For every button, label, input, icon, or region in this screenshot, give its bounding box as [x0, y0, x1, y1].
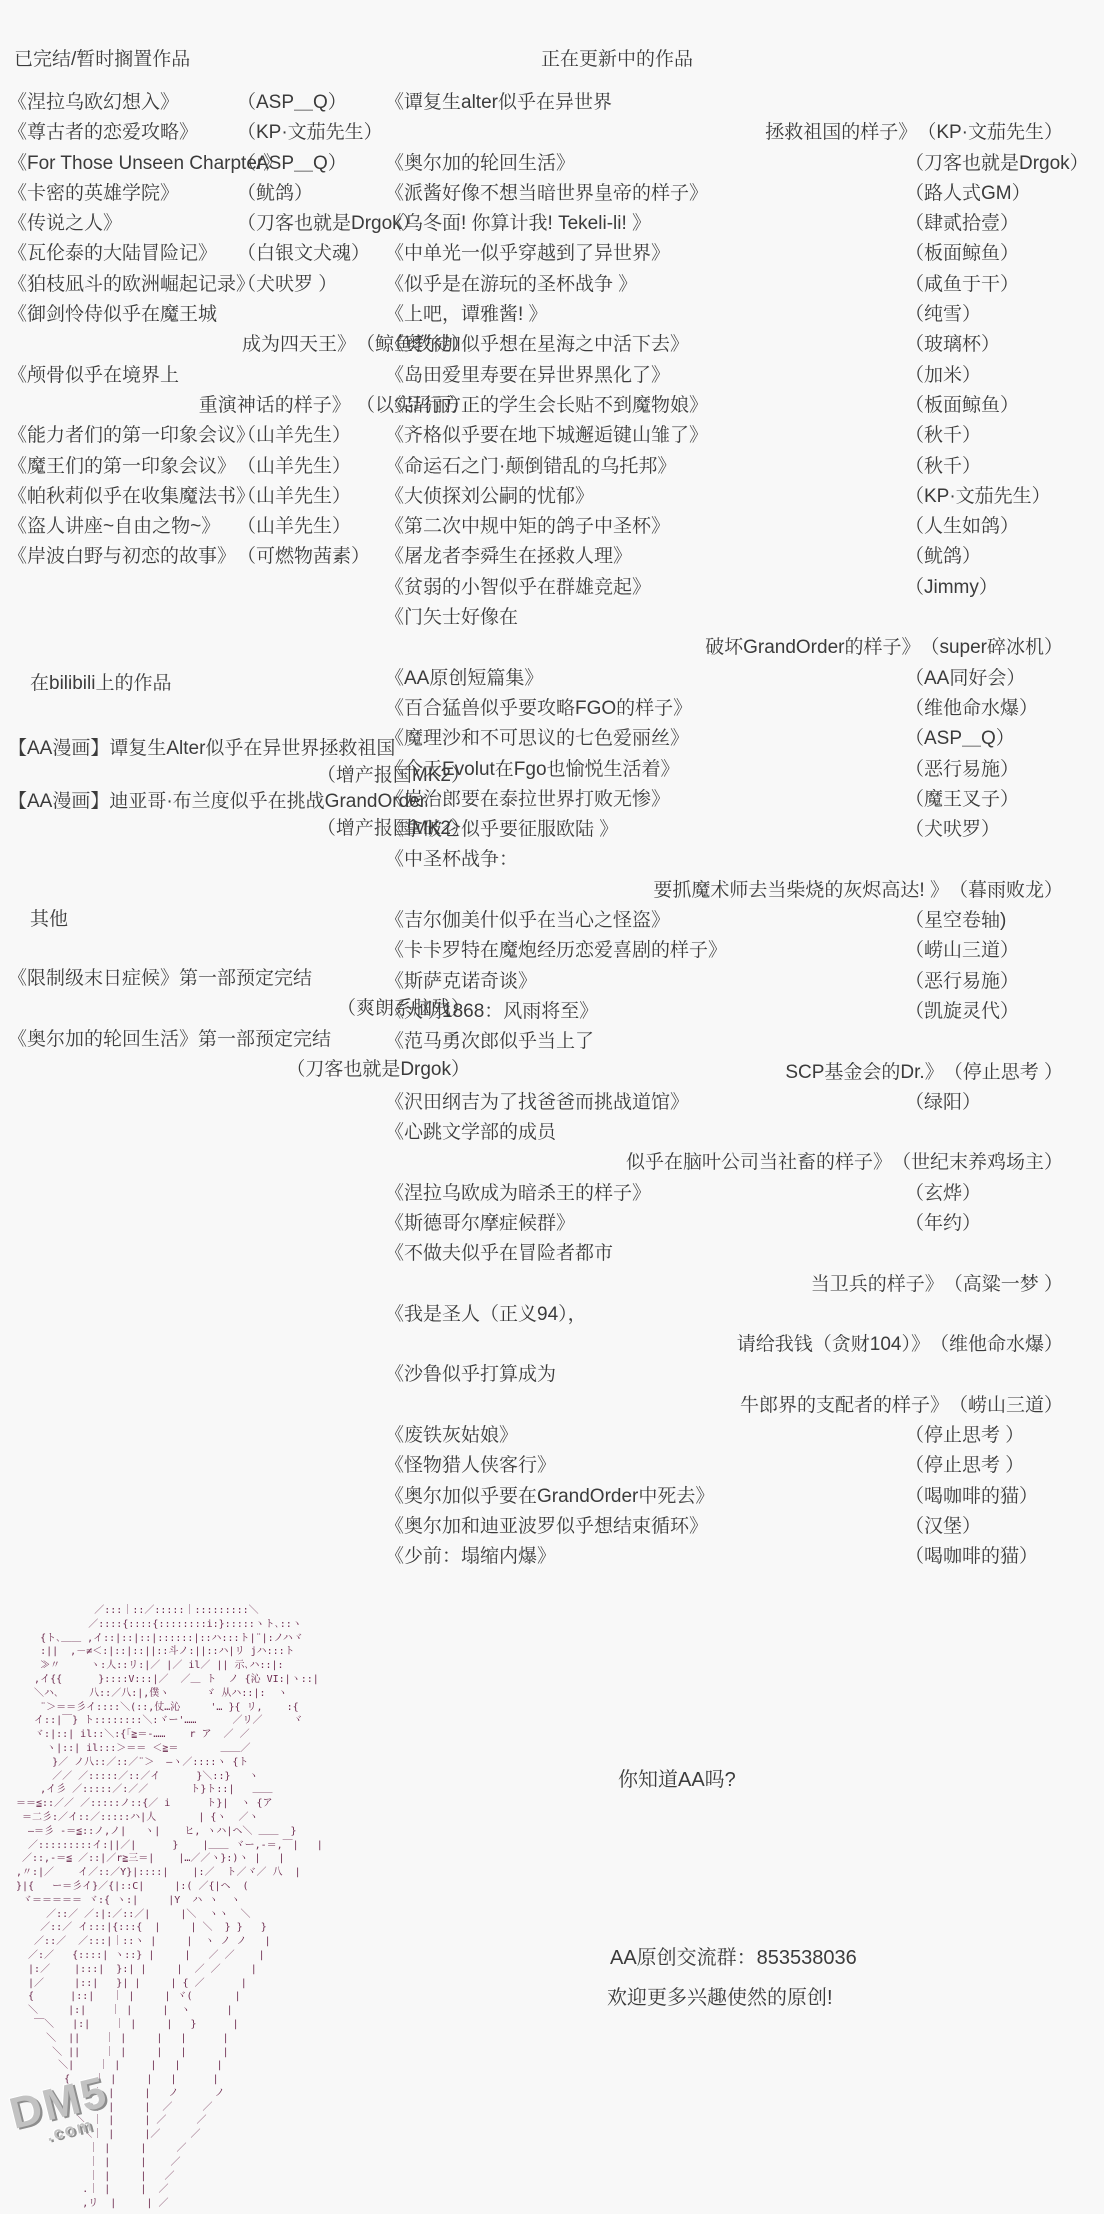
work-row: 《百合猛兽似乎要攻略FGO的样子》（维他命水爆） — [385, 694, 1063, 724]
work-author: （ASP＿Q） — [237, 88, 347, 118]
work-row: 《魔理沙和不可思议的七色爱丽丝》（ASP＿Q） — [385, 724, 1063, 754]
work-title: 《炭治郎要在泰拉世界打败无惨》 — [385, 785, 905, 815]
work-title: 要抓魔术师去当柴烧的灰烬高达! 》 — [653, 876, 949, 906]
work-title: 《颅骨似乎在境界上 — [8, 361, 237, 391]
work-title: 《品行方正的学生会长贴不到魔物娘》 — [385, 391, 905, 421]
work-title: 《魔王们的第一印象会议》 — [8, 452, 237, 482]
work-title: 成为四天王》 — [242, 330, 356, 360]
work-row: 《岛田爱里寿要在异世界黑化了》（加米） — [385, 361, 1063, 391]
work-row: 《门矢士好像在 — [385, 603, 1063, 633]
work-row: 拯救祖国的样子》（KP·文茄先生） — [385, 118, 1063, 148]
work-author: （ASP＿Q） — [237, 149, 347, 179]
work-row: 《涅拉乌欧成为暗杀王的样子》（玄烨） — [385, 1179, 1063, 1209]
work-title: 《屠龙者李舜生在拯救人理》 — [385, 542, 905, 572]
work-title: 似乎在脑叶公司当社畜的样子》 — [626, 1148, 892, 1178]
work-row: 《谭复生alter似乎在异世界 — [385, 88, 1063, 118]
work-author: （恶行易施） — [905, 755, 1019, 785]
work-author: （维他命水爆） — [905, 694, 1038, 724]
work-title: 《传说之人》 — [8, 209, 237, 239]
work-title: 《盗人讲座~自由之物~》 — [8, 512, 237, 542]
work-row: 《乌冬面! 你算计我! Tekeli-li! 》（肆贰拾壹） — [385, 209, 1063, 239]
work-author: （KP·文茄先生） — [237, 118, 383, 148]
aa-group-number-text: AA原创交流群：853538036 — [610, 1941, 857, 1970]
work-title: 《齐格似乎要在地下城邂逅键山雏了》 — [385, 421, 905, 451]
work-title: 《岸波白野与初恋的故事》 — [8, 542, 237, 572]
work-author: （停止思考 ） — [944, 1058, 1063, 1088]
work-title: 《沙鲁似乎打算成为 — [385, 1360, 905, 1390]
work-title: 《奥尔加和迪亚波罗似乎想结束循环》 — [385, 1512, 905, 1542]
work-row: 《上吧，谭雅酱! 》（纯雪） — [385, 300, 1063, 330]
work-author: （咸鱼于干） — [905, 270, 1019, 300]
work-author: （鱿鸽） — [237, 179, 313, 209]
work-row: 《不做夫似乎在冒险者都市 — [385, 1239, 1063, 1269]
work-title: 《派酱好像不想当暗世界皇帝的样子》 — [385, 179, 905, 209]
work-author: （凯旋灵代） — [905, 997, 1019, 1027]
work-title: 《不做夫似乎在冒险者都市 — [385, 1239, 905, 1269]
work-row: 《大明1868：风雨将至》（凯旋灵代） — [385, 997, 1063, 1027]
work-title: 【AA漫画】迪亚哥·布兰度似乎在挑战GrandOrder — [8, 789, 237, 816]
work-row: 《卡卡罗特在魔炮经历恋爱喜剧的样子》（崂山三道） — [385, 936, 1063, 966]
work-author: （世纪末养鸡场主） — [892, 1148, 1063, 1178]
work-title: 《斯萨克诺奇谈》 — [385, 967, 905, 997]
aa-welcome-text: 欢迎更多兴趣使然的原创! — [607, 1981, 833, 2010]
work-row: 《今天Evolut在Fgo也愉悦生活着》（恶行易施） — [385, 755, 1063, 785]
work-title: 《奥尔加似乎想在星海之中活下去》 — [385, 330, 905, 360]
work-row: 《齐格似乎要在地下城邂逅键山雏了》（秋千） — [385, 421, 1063, 451]
work-author: （山羊先生） — [237, 452, 351, 482]
work-author: （白银文犬魂） — [237, 239, 370, 269]
work-title: 破坏GrandOrder的样子》 — [705, 633, 920, 663]
work-title: 重演神话的样子》 — [199, 391, 356, 421]
work-title: 【AA漫画】谭复生Alter似乎在异世界拯救祖国 — [8, 736, 237, 763]
work-title: 《岛田爱里寿要在异世界黑化了》 — [385, 361, 905, 391]
work-author: （KP·文茄先生） — [917, 118, 1063, 148]
work-title: 《谭复生alter似乎在异世界 — [385, 88, 905, 118]
work-row: 破坏GrandOrder的样子》（super碎冰机） — [385, 633, 1063, 663]
work-title: 《范马勇次郎似乎当上了 — [385, 1027, 905, 1057]
work-title: 拯救祖国的样子》 — [765, 118, 917, 148]
work-author: （板面鲸鱼） — [905, 239, 1019, 269]
work-author: （板面鲸鱼） — [905, 391, 1019, 421]
work-author: （秋千） — [905, 421, 981, 451]
work-row: 《命运石之门·颠倒错乱的乌托邦》（秋千） — [385, 452, 1063, 482]
work-title: 《上吧，谭雅酱! 》 — [385, 300, 905, 330]
work-author: （年约） — [905, 1209, 981, 1239]
work-title: 《怪物猎人侠客行》 — [385, 1451, 905, 1481]
work-title: 《沢田纲吉为了找爸爸而挑战道馆》 — [385, 1088, 905, 1118]
work-title: 《乌冬面! 你算计我! Tekeli-li! 》 — [385, 209, 905, 239]
work-title: 《御剑怜侍似乎在魔王城 — [8, 300, 237, 330]
work-row: 《大侦探刘公嗣的忧郁》（KP·文茄先生） — [385, 482, 1063, 512]
work-title: 《限制级末日症候》第一部预定完结 — [8, 964, 237, 994]
work-row: SCP基金会的Dr.》（停止思考 ） — [385, 1058, 1063, 1088]
work-author: （犬吠罗） — [905, 815, 1000, 845]
work-title: 牛郎界的支配者的样子》 — [740, 1391, 949, 1421]
work-row: 似乎在脑叶公司当社畜的样子》（世纪末养鸡场主） — [385, 1148, 1063, 1178]
work-title: 《中单光一似乎穿越到了异世界》 — [385, 239, 905, 269]
work-row: 《奥尔加的轮回生活》（刀客也就是Drgok） — [385, 149, 1063, 179]
work-author: （肆贰拾壹） — [905, 209, 1019, 239]
work-title: 《今天Evolut在Fgo也愉悦生活着》 — [385, 755, 905, 785]
work-title: 《吉尔伽美什似乎在当心之怪盗》 — [385, 906, 905, 936]
work-row: 《少前：塌缩内爆》（喝咖啡的猫） — [385, 1542, 1063, 1572]
updating-works-list: 《谭复生alter似乎在异世界拯救祖国的样子》（KP·文茄先生）《奥尔加的轮回生… — [385, 88, 1063, 1573]
work-row: 《我是圣人（正义94）， — [385, 1300, 1063, 1330]
work-row: 要抓魔术师去当柴烧的灰烬高达! 》（暮雨败龙） — [385, 876, 1063, 906]
work-row: 《吉尔伽美什似乎在当心之怪盗》（星空卷轴) — [385, 906, 1063, 936]
work-title: 《斯德哥尔摩症候群》 — [385, 1209, 905, 1239]
work-title: 《拿破仑似乎要征服欧陆 》 — [385, 815, 905, 845]
work-title: 《瓦伦泰的大陆冒险记》 — [8, 239, 237, 269]
work-row: 《沢田纲吉为了找爸爸而挑战道馆》（绿阳） — [385, 1088, 1063, 1118]
work-row: 《拿破仑似乎要征服欧陆 》（犬吠罗） — [385, 815, 1063, 845]
work-row: 《第二次中规中矩的鸽子中圣杯》（人生如鸽） — [385, 512, 1063, 542]
work-title: 《大明1868：风雨将至》 — [385, 997, 905, 1027]
work-author: （暮雨败龙） — [949, 876, 1063, 906]
work-title: 《少前：塌缩内爆》 — [385, 1542, 905, 1572]
work-row: 《沙鲁似乎打算成为 — [385, 1360, 1063, 1390]
work-title: 《奥尔加似乎要在GrandOrder中死去》 — [385, 1482, 905, 1512]
work-author: （鱿鸽） — [905, 542, 981, 572]
work-row: 《斯德哥尔摩症候群》（年约） — [385, 1209, 1063, 1239]
work-author: （路人式GM） — [905, 179, 1031, 209]
work-author: （犬吠罗 ） — [237, 270, 337, 300]
work-title: 《贫弱的小智似乎在群雄竞起》 — [385, 573, 905, 603]
work-title: 《废铁灰姑娘》 — [385, 1421, 905, 1451]
work-row: 当卫兵的样子》（高粱一梦 ） — [385, 1270, 1063, 1300]
work-row: 《奥尔加似乎想在星海之中活下去》（玻璃杯） — [385, 330, 1063, 360]
work-author: （维他命水爆） — [930, 1330, 1063, 1360]
work-title: 《我是圣人（正义94）， — [385, 1300, 905, 1330]
work-row: 《AA原创短篇集》（AA同好会） — [385, 664, 1063, 694]
work-author: （停止思考 ） — [905, 1451, 1024, 1481]
work-author: （星空卷轴) — [905, 906, 1006, 936]
work-title: SCP基金会的Dr.》 — [785, 1058, 943, 1088]
work-author: （停止思考 ） — [905, 1421, 1024, 1451]
work-author: （高粱一梦 ） — [944, 1270, 1063, 1300]
work-author: （Jimmy） — [905, 573, 998, 603]
work-title: 《似乎是在游玩的圣杯战争 》 — [385, 270, 905, 300]
work-row: 《心跳文学部的成员 — [385, 1118, 1063, 1148]
work-author: （山羊先生） — [237, 421, 351, 451]
work-title: 《帕秋莉似乎在收集魔法书》 — [8, 482, 237, 512]
work-author: （可燃物茜素） — [237, 542, 370, 572]
work-title: 《尊古者的恋爱攻略》 — [8, 118, 237, 148]
work-author: （绿阳） — [905, 1088, 981, 1118]
work-author: （喝咖啡的猫） — [905, 1482, 1038, 1512]
work-title: 《卡卡罗特在魔炮经历恋爱喜剧的样子》 — [385, 936, 905, 966]
work-title: 《心跳文学部的成员 — [385, 1118, 905, 1148]
work-author: （刀客也就是Drgok） — [905, 149, 1089, 179]
work-row: 《斯萨克诺奇谈》（恶行易施） — [385, 967, 1063, 997]
work-row: 请给我钱（贪财104）》（维他命水爆） — [385, 1330, 1063, 1360]
work-title: 《中圣杯战争： — [385, 845, 905, 875]
work-row: 《中圣杯战争： — [385, 845, 1063, 875]
work-author: （秋千） — [905, 452, 981, 482]
work-row: 《炭治郎要在泰拉世界打败无惨》（魔王叉子） — [385, 785, 1063, 815]
other-section-header: 其他 — [30, 904, 68, 931]
work-row: 《品行方正的学生会长贴不到魔物娘》（板面鲸鱼） — [385, 391, 1063, 421]
work-author: （玻璃杯） — [905, 330, 1000, 360]
work-author: （汉堡） — [905, 1512, 981, 1542]
work-author: （山羊先生） — [237, 512, 351, 542]
work-title: 《奥尔加的轮回生活》 — [385, 149, 905, 179]
work-row: 《奥尔加和迪亚波罗似乎想结束循环》（汉堡） — [385, 1512, 1063, 1542]
work-author: （崂山三道） — [905, 936, 1019, 966]
work-row: 《派酱好像不想当暗世界皇帝的样子》（路人式GM） — [385, 179, 1063, 209]
work-title: 《涅拉乌欧幻想入》 — [8, 88, 237, 118]
work-author: （AA同好会） — [905, 664, 1025, 694]
work-author: （ASP＿Q） — [905, 724, 1015, 754]
work-author: （KP·文茄先生） — [905, 482, 1051, 512]
work-author: （山羊先生） — [237, 482, 351, 512]
work-row: 《奥尔加似乎要在GrandOrder中死去》（喝咖啡的猫） — [385, 1482, 1063, 1512]
work-row: 《似乎是在游玩的圣杯战争 》（咸鱼于干） — [385, 270, 1063, 300]
work-author: （纯雪） — [905, 300, 981, 330]
work-row: 《屠龙者李舜生在拯救人理》（鱿鸽） — [385, 542, 1063, 572]
work-title: 《命运石之门·颠倒错乱的乌托邦》 — [385, 452, 905, 482]
aa-question-text: 你知道AA吗? — [618, 1763, 736, 1792]
work-row: 《废铁灰姑娘》（停止思考 ） — [385, 1421, 1063, 1451]
work-author: （魔王叉子） — [905, 785, 1019, 815]
completed-section-header: 已完结/暂时搁置作品 — [14, 44, 190, 71]
work-title: 《AA原创短篇集》 — [385, 664, 905, 694]
work-row: 《贫弱的小智似乎在群雄竞起》（Jimmy） — [385, 573, 1063, 603]
work-title: 《狛枝凪斗的欧洲崛起记录》 — [8, 270, 237, 300]
work-title: 《涅拉乌欧成为暗杀王的样子》 — [385, 1179, 905, 1209]
work-row: 《中单光一似乎穿越到了异世界》（板面鲸鱼） — [385, 239, 1063, 269]
work-row: 《怪物猎人侠客行》（停止思考 ） — [385, 1451, 1063, 1481]
work-author: （恶行易施） — [905, 967, 1019, 997]
work-title: 《大侦探刘公嗣的忧郁》 — [385, 482, 905, 512]
work-author: （喝咖啡的猫） — [905, 1542, 1038, 1572]
work-title: 《第二次中规中矩的鸽子中圣杯》 — [385, 512, 905, 542]
bilibili-section-header: 在bilibili上的作品 — [30, 668, 171, 695]
work-title: 《奥尔加的轮回生活》第一部预定完结 — [8, 1025, 237, 1055]
work-title: 《能力者们的第一印象会议》 — [8, 421, 237, 451]
work-author: （super碎冰机） — [920, 633, 1063, 663]
work-title: 《百合猛兽似乎要攻略FGO的样子》 — [385, 694, 905, 724]
updating-section-header: 正在更新中的作品 — [541, 44, 693, 71]
work-author: （玄烨） — [905, 1179, 981, 1209]
work-row: 《范马勇次郎似乎当上了 — [385, 1027, 1063, 1057]
work-title: 《魔理沙和不可思议的七色爱丽丝》 — [385, 724, 905, 754]
work-row: 牛郎界的支配者的样子》（崂山三道） — [385, 1391, 1063, 1421]
work-author: （人生如鸽） — [905, 512, 1019, 542]
work-author: （加米） — [905, 361, 981, 391]
work-title: 《For Those Unseen Charpter》 — [8, 149, 237, 179]
work-title: 《卡密的英雄学院》 — [8, 179, 237, 209]
work-title: 当卫兵的样子》 — [811, 1270, 944, 1300]
work-title: 《门矢士好像在 — [385, 603, 905, 633]
work-author: （崂山三道） — [949, 1391, 1063, 1421]
work-title: 请给我钱（贪财104）》 — [737, 1330, 930, 1360]
